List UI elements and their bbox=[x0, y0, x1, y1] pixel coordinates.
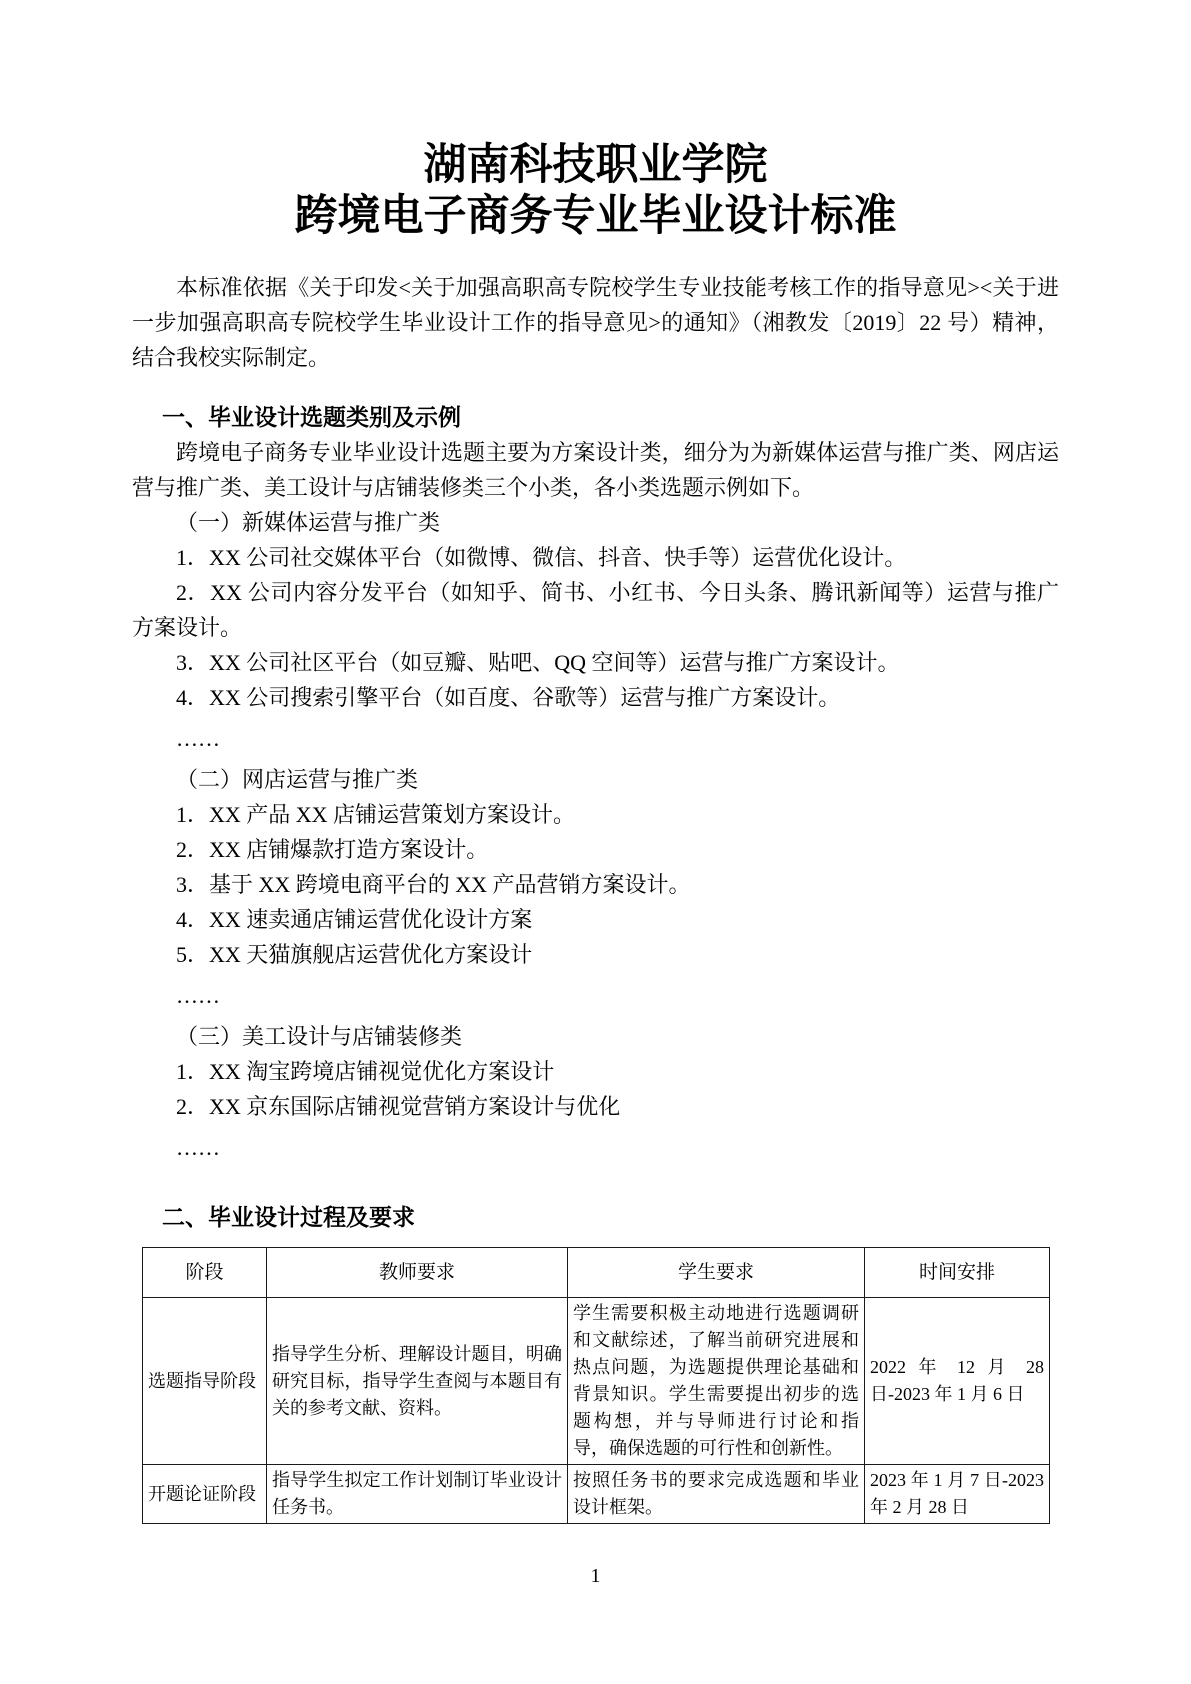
topic-item: 3．XX 公司社区平台（如豆瓣、贴吧、QQ 空间等）运营与推广方案设计。 bbox=[132, 645, 1059, 680]
topic-item: 4．XX 速卖通店铺运营优化设计方案 bbox=[132, 902, 1059, 937]
topic-item: 3．基于 XX 跨境电商平台的 XX 产品营销方案设计。 bbox=[132, 867, 1059, 902]
stage-cell: 选题指导阶段 bbox=[143, 1298, 267, 1465]
topic-item: 4．XX 公司搜索引擎平台（如百度、谷歌等）运营与推广方案设计。 bbox=[132, 680, 1059, 715]
topic-group-label: （一）新媒体运营与推广类 bbox=[132, 505, 1059, 540]
header-cell-student-requirements: 学生要求 bbox=[568, 1248, 865, 1298]
header-cell-schedule: 时间安排 bbox=[865, 1248, 1050, 1298]
header-cell-stage: 阶段 bbox=[143, 1248, 267, 1298]
topic-item: 1．XX 淘宝跨境店铺视觉优化方案设计 bbox=[132, 1054, 1059, 1089]
table-row: 选题指导阶段 指导学生分析、理解设计题目，明确研究目标，指导学生查阅与本题目有关… bbox=[143, 1298, 1050, 1465]
title-line-2: 跨境电子商务专业毕业设计标准 bbox=[295, 193, 897, 240]
section2-heading: 二、毕业设计过程及要求 bbox=[132, 1199, 1059, 1235]
ellipsis-line: …… bbox=[132, 721, 1059, 756]
document-title: 湖南科技职业学院 跨境电子商务专业毕业设计标准 bbox=[132, 140, 1059, 242]
topic-group-label: （三）美工设计与店铺装修类 bbox=[132, 1019, 1059, 1054]
intro-paragraph: 本标准依据《关于印发<关于加强高职高专院校学生专业技能考核工作的指导意见><关于… bbox=[132, 270, 1059, 375]
topic-item: 1．XX 产品 XX 店铺运营策划方案设计。 bbox=[132, 797, 1059, 832]
topic-item: 2．XX 店铺爆款打造方案设计。 bbox=[132, 832, 1059, 867]
table-row: 开题论证阶段 指导学生拟定工作计划制订毕业设计任务书。 按照任务书的要求完成选题… bbox=[143, 1465, 1050, 1524]
process-table: 阶段 教师要求 学生要求 时间安排 选题指导阶段 指导学生分析、理解设计题目，明… bbox=[142, 1247, 1050, 1524]
ellipsis-line: …… bbox=[132, 978, 1059, 1013]
header-cell-teacher-requirements: 教师要求 bbox=[267, 1248, 568, 1298]
topic-item: 1．XX 公司社交媒体平台（如微博、微信、抖音、快手等）运营优化设计。 bbox=[132, 540, 1059, 575]
topic-group-label: （二）网店运营与推广类 bbox=[132, 762, 1059, 797]
student-requirements-cell: 按照任务书的要求完成选题和毕业设计框架。 bbox=[568, 1465, 865, 1524]
topic-item: 2．XX 公司内容分发平台（如知乎、简书、小红书、今日头条、腾讯新闻等）运营与推… bbox=[132, 575, 1059, 645]
section1-heading: 一、毕业设计选题类别及示例 bbox=[132, 399, 1059, 435]
teacher-requirements-cell: 指导学生拟定工作计划制订毕业设计任务书。 bbox=[267, 1465, 568, 1524]
ellipsis-line: …… bbox=[132, 1130, 1059, 1165]
student-requirements-cell: 学生需要积极主动地进行选题调研和文献综述，了解当前研究进展和热点问题，为选题提供… bbox=[568, 1298, 865, 1465]
document-page: 湖南科技职业学院 跨境电子商务专业毕业设计标准 本标准依据《关于印发<关于加强高… bbox=[0, 0, 1191, 1684]
page-number: 1 bbox=[132, 1564, 1059, 1588]
teacher-requirements-cell: 指导学生分析、理解设计题目，明确研究目标，指导学生查阅与本题目有关的参考文献、资… bbox=[267, 1298, 568, 1465]
stage-cell: 开题论证阶段 bbox=[143, 1465, 267, 1524]
topic-item: 5．XX 天猫旗舰店运营优化方案设计 bbox=[132, 937, 1059, 972]
table-header-row: 阶段 教师要求 学生要求 时间安排 bbox=[143, 1248, 1050, 1298]
title-line-1: 湖南科技职业学院 bbox=[424, 142, 768, 189]
topic-item: 2．XX 京东国际店铺视觉营销方案设计与优化 bbox=[132, 1089, 1059, 1124]
schedule-cell: 2023 年 1 月 7 日-2023 年 2 月 28 日 bbox=[865, 1465, 1050, 1524]
section1-intro: 跨境电子商务专业毕业设计选题主要为方案设计类，细分为为新媒体运营与推广类、网店运… bbox=[132, 435, 1059, 505]
schedule-cell: 2022 年 12 月 28 日-2023 年 1 月 6 日 bbox=[865, 1298, 1050, 1465]
